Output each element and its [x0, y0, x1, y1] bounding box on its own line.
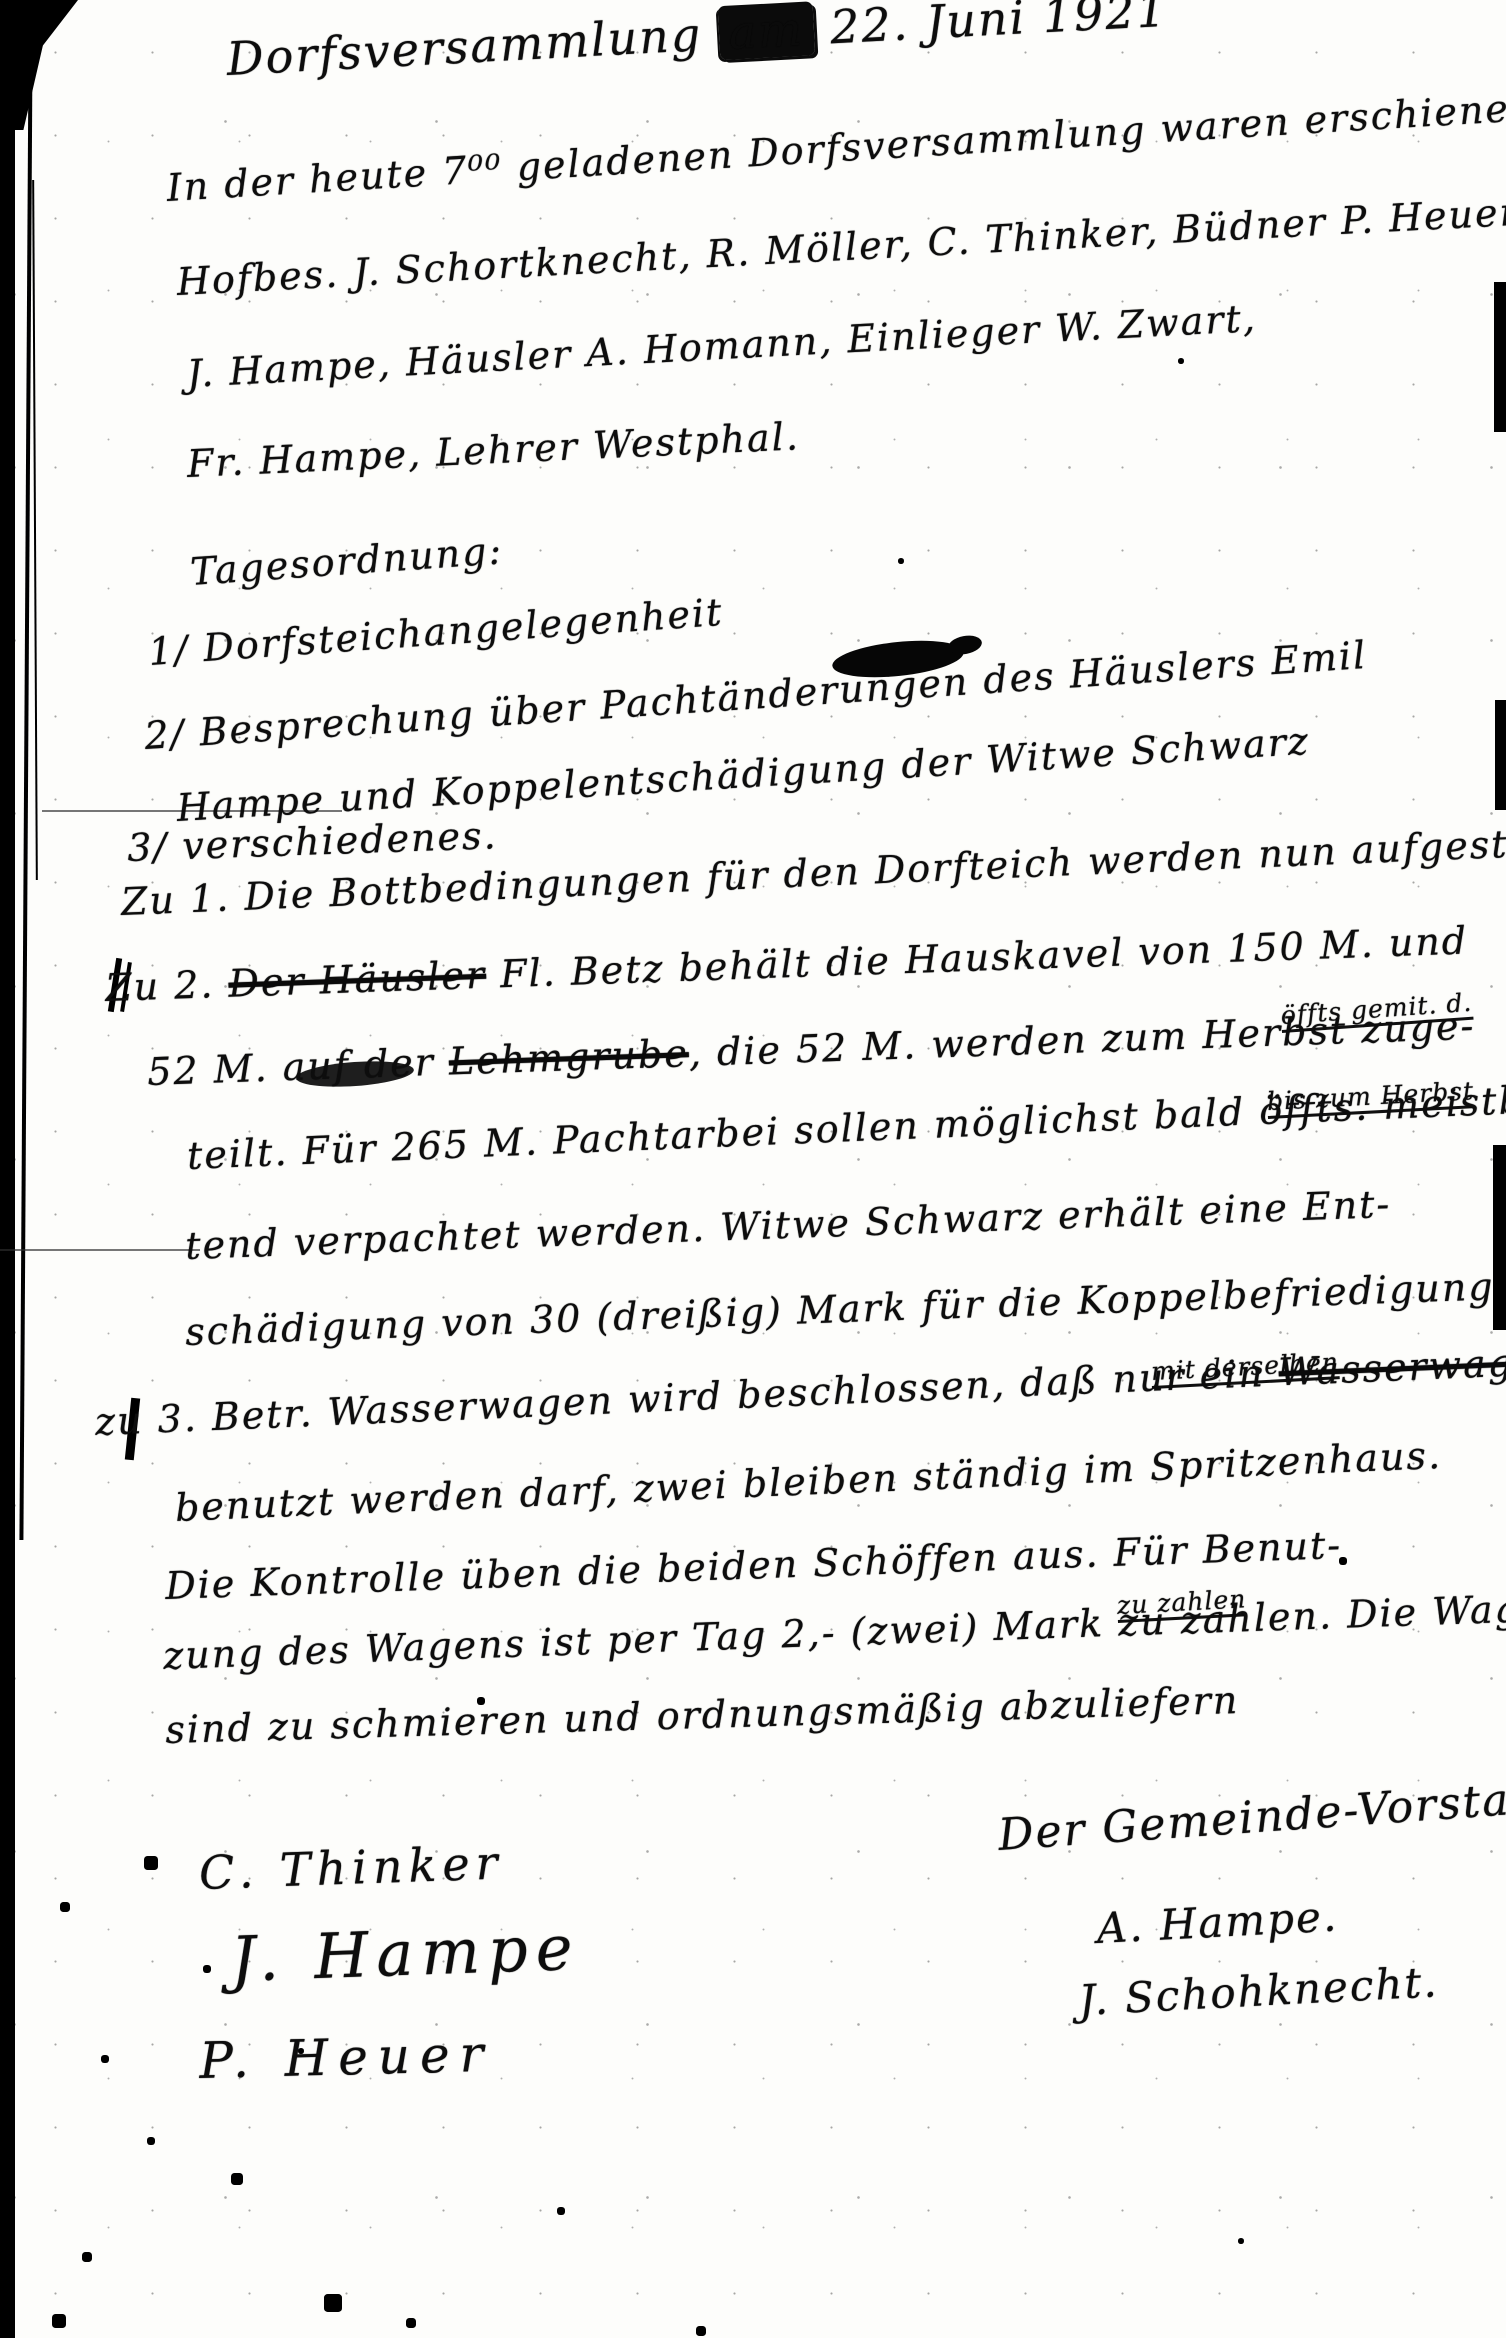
signature-right-2: J. Schohknecht.	[1078, 1959, 1440, 2024]
resolution-2-line-1-struck: Der Häusler	[228, 953, 487, 1006]
scan-right-sliver-2	[1495, 700, 1506, 810]
agenda-item-3: 3/ verschiedenes.	[127, 815, 499, 870]
resolution-3-line-5: sind zu schmieren und ordnungsmäßig abzu…	[165, 1680, 1240, 1752]
signature-left-1: C. Thinker	[198, 1837, 504, 1898]
intro-line-4: Fr. Hampe, Lehrer Westphal.	[186, 416, 801, 486]
resolution-2-line-4: tend verpachtet werden. Witwe Schwarz er…	[185, 1184, 1392, 1268]
resolution-3-line-1-pre: zu 3. Betr. Wasserwagen wird beschlossen…	[94, 1350, 1279, 1444]
resolution-2-line-1: Zu 2. Der Häusler Fl. Betz behält die Ha…	[105, 920, 1469, 1009]
signature-left-3: P. Heuer	[199, 2027, 494, 2089]
resolution-2-line-1-pre: Zu 2.	[104, 962, 229, 1010]
title-text: Dorfsversammlung	[225, 6, 720, 86]
resolution-2-line-2: 52 M. auf der Lehmgrube, die 52 M. werde…	[147, 1006, 1476, 1094]
scan-right-sliver-1	[1494, 282, 1506, 432]
resolution-2-line-2-post: , die 52 M. werden zum Herbst zuge-	[688, 1004, 1476, 1075]
scan-binding-edge	[0, 0, 15, 2338]
resolution-2-line-5: schädigung von 30 (dreißig) Mark für die…	[185, 1266, 1496, 1353]
title-struck-word: am	[717, 1, 815, 60]
scanned-document-page: Dorfsversammlung am 22. Juni 1921 In der…	[0, 0, 1506, 2338]
paper-crease-2	[0, 1249, 200, 1251]
signature-left-2: J. Hampe	[230, 1914, 582, 1994]
signature-board-heading: Der Gemeinde-Vorstand.	[997, 1771, 1506, 1860]
resolution-2-line-3: teilt. Für 265 M. Pachtarbei sollen mögl…	[186, 1078, 1506, 1178]
scan-binding-line-2	[32, 180, 38, 880]
title-date: 22. Juni 1921	[812, 0, 1169, 55]
resolution-2-line-1-post: Fl. Betz behält die Hauskavel von 150 M.…	[485, 918, 1468, 996]
resolution-3-line-1-struck: Wasserwagen	[1278, 1338, 1506, 1394]
scan-corner-blot	[0, 0, 78, 130]
scan-speckle-field	[0, 0, 2, 2]
intro-line-2: Hofbes. J. Schortknecht, R. Möller, C. T…	[176, 192, 1506, 304]
signature-right-1: A. Hampe.	[1096, 1893, 1340, 1952]
resolution-3-line-1: zu 3. Betr. Wasserwagen wird beschlossen…	[94, 1340, 1506, 1443]
resolution-2-line-2-pre: 52 M. auf der	[146, 1039, 449, 1094]
agenda-heading: Tagesordnung:	[189, 530, 504, 594]
resolution-3-line-2: benutzt werden darf, zwei bleiben ständi…	[174, 1435, 1443, 1530]
scan-binding-line	[19, 40, 32, 1540]
intro-line-1: In der heute 7⁰⁰ geladenen Dorfsversamml…	[166, 87, 1506, 210]
agenda-item-1: 1/ Dorfsteichangelegenheit	[147, 592, 725, 674]
title-line: Dorfsversammlung am 22. Juni 1921	[225, 0, 1169, 85]
resolution-2-line-2-struck: Lehmgrube	[448, 1031, 689, 1083]
intro-line-3: J. Hampe, Häusler A. Homann, Einlieger W…	[186, 298, 1258, 396]
